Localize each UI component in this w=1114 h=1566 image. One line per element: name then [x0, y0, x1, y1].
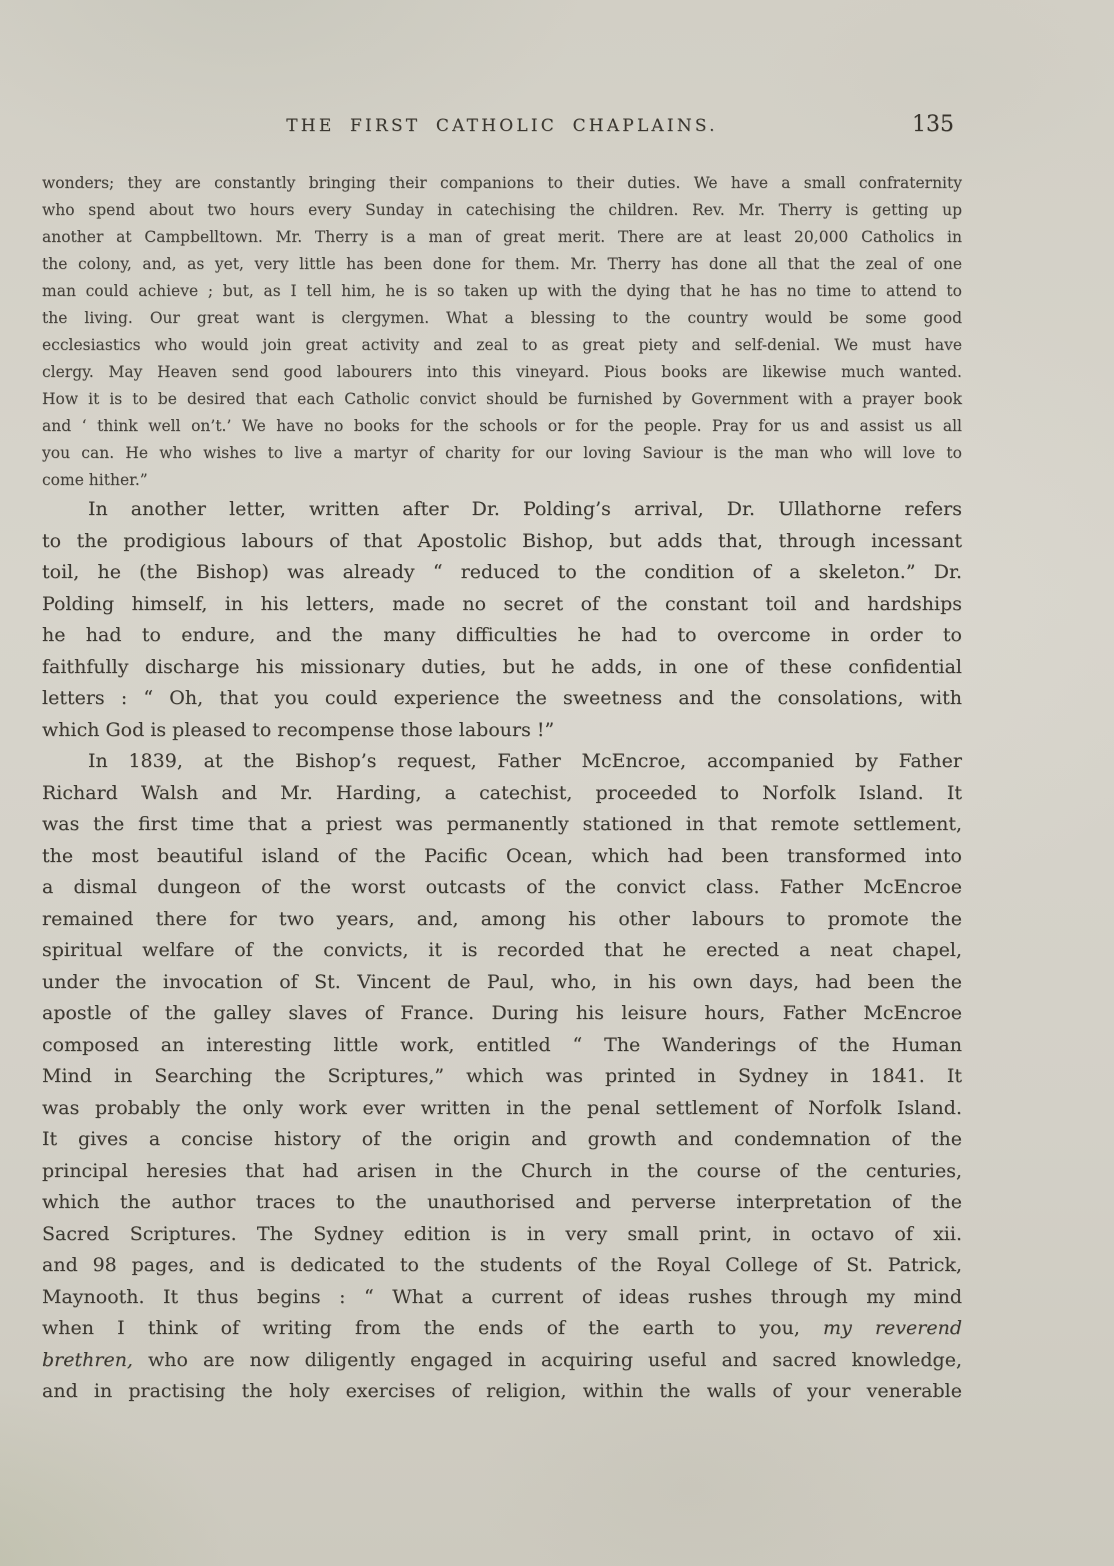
paragraph-line: spiritual welfare of the convicts, it is… — [42, 935, 962, 967]
quote-line: clergy. May Heaven send good labourers i… — [42, 359, 962, 386]
quote-line: come hither.” — [42, 467, 962, 494]
paragraph-line: under the invocation of St. Vincent de P… — [42, 967, 962, 999]
quote-line: who spend about two hours every Sunday i… — [42, 197, 962, 224]
paragraph-line: he had to endure, and the many difficult… — [42, 620, 962, 652]
paragraph-line: Maynooth. It thus begins : “ What a curr… — [42, 1282, 962, 1314]
quote-line: you can. He who wishes to live a martyr … — [42, 440, 962, 467]
paragraph-line: Mind in Searching the Scriptures,” which… — [42, 1061, 962, 1093]
quote-line: and ‘ think well on’t.’ We have no books… — [42, 413, 962, 440]
quoted-letter-block: wonders; they are constantly bringing th… — [42, 170, 962, 494]
paragraph-ullathorne-letter: In another letter, written after Dr. Pol… — [42, 494, 962, 746]
paragraph-line: Polding himself, in his letters, made no… — [42, 589, 962, 621]
paragraph-line: apostle of the galley slaves of France. … — [42, 998, 962, 1030]
page-number: 135 — [912, 112, 954, 137]
running-title: THE FIRST CATHOLIC CHAPLAINS. — [42, 116, 962, 136]
paragraph-line: It gives a concise history of the origin… — [42, 1124, 962, 1156]
paragraph-line: brethren, who are now diligently engaged… — [42, 1345, 962, 1377]
paragraph-line: Sacred Scriptures. The Sydney edition is… — [42, 1219, 962, 1251]
paragraph-line: Richard Walsh and Mr. Harding, a catechi… — [42, 778, 962, 810]
paragraph-line: when I think of writing from the ends of… — [42, 1313, 962, 1345]
paragraph-line: was probably the only work ever written … — [42, 1093, 962, 1125]
main-text: In another letter, written after Dr. Pol… — [42, 494, 962, 1408]
paragraph-line: to the prodigious labours of that Aposto… — [42, 526, 962, 558]
paragraph-line: which God is pleased to recompense those… — [42, 715, 962, 747]
quote-line: the living. Our great want is clergymen.… — [42, 305, 962, 332]
paragraph-line: and in practising the holy exercises of … — [42, 1376, 962, 1408]
paragraph-line: composed an interesting little work, ent… — [42, 1030, 962, 1062]
paragraph-line: and 98 pages, and is dedicated to the st… — [42, 1250, 962, 1282]
quote-line: man could achieve ; but, as I tell him, … — [42, 278, 962, 305]
paragraph-line: letters : “ Oh, that you could experienc… — [42, 683, 962, 715]
paragraph-mcencroe-norfolk: In 1839, at the Bishop’s request, Father… — [42, 746, 962, 1408]
quote-line: the colony, and, as yet, very little has… — [42, 251, 962, 278]
page-header: THE FIRST CATHOLIC CHAPLAINS. 135 — [42, 116, 962, 146]
quote-line: another at Campbelltown. Mr. Therry is a… — [42, 224, 962, 251]
paragraph-line: a dismal dungeon of the worst outcasts o… — [42, 872, 962, 904]
paragraph-line: remained there for two years, and, among… — [42, 904, 962, 936]
book-page: THE FIRST CATHOLIC CHAPLAINS. 135 wonder… — [0, 0, 1114, 1566]
paragraph-line: which the author traces to the unauthori… — [42, 1187, 962, 1219]
paragraph-line: principal heresies that had arisen in th… — [42, 1156, 962, 1188]
paragraph-line: In another letter, written after Dr. Pol… — [42, 494, 962, 526]
paragraph-line: In 1839, at the Bishop’s request, Father… — [42, 746, 962, 778]
paragraph-line: the most beautiful island of the Pacific… — [42, 841, 962, 873]
quote-line: ecclesiastics who would join great activ… — [42, 332, 962, 359]
paragraph-line: faithfully discharge his missionary duti… — [42, 652, 962, 684]
paragraph-line: was the first time that a priest was per… — [42, 809, 962, 841]
quote-line: How it is to be desired that each Cathol… — [42, 386, 962, 413]
quote-line: wonders; they are constantly bringing th… — [42, 170, 962, 197]
paragraph-line: toil, he (the Bishop) was already “ redu… — [42, 557, 962, 589]
